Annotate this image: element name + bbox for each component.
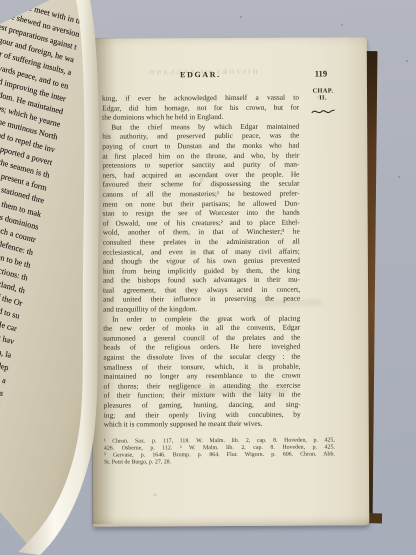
showthrough-smudge bbox=[171, 388, 289, 396]
flourish-squiggle-icon bbox=[303, 103, 343, 121]
right-page-content: HISTORY OF ENGLAND. EDGAR. 119 CHAP. II.… bbox=[91, 37, 370, 526]
body-line: ing; and their openly living with concub… bbox=[104, 409, 301, 420]
chapter-margin-note: CHAP. II. bbox=[303, 87, 343, 121]
body-line: which it is commonly supposed he meant t… bbox=[104, 419, 301, 430]
foxing-spot bbox=[260, 328, 263, 331]
dust-speck bbox=[398, 176, 400, 178]
body-line: king, if ever he acknowledged himself a … bbox=[102, 93, 299, 104]
body-line: and though the vigour of his own genius … bbox=[103, 256, 300, 267]
body-line: consulted these prelates in the administ… bbox=[103, 237, 300, 248]
book-photograph: { "scene": { "description": "photograph … bbox=[0, 0, 416, 555]
foxing-spot bbox=[153, 493, 157, 496]
dust-speck bbox=[406, 60, 408, 62]
showthrough-smudge bbox=[242, 300, 322, 306]
body-line: St. Petri de Burgo, p. 27, 28. bbox=[104, 459, 335, 467]
body-text: king, if ever he acknowledged himself a … bbox=[102, 93, 301, 430]
body-line: canons of all the monasteries;¹ he besto… bbox=[103, 189, 300, 200]
right-page: HISTORY OF ENGLAND. EDGAR. 119 CHAP. II.… bbox=[91, 37, 370, 526]
foxing-spot bbox=[317, 96, 320, 99]
body-line: against the dissolute lives of the secul… bbox=[103, 352, 300, 363]
foxing-spot bbox=[199, 178, 203, 182]
page-number: 119 bbox=[303, 68, 339, 78]
body-line: paying of court to Dunstan and the monks… bbox=[102, 141, 299, 152]
page-edge-curl bbox=[0, 0, 115, 555]
body-line: Edgar, did him homage, not for his crown… bbox=[102, 102, 299, 113]
dust-speck bbox=[240, 16, 242, 18]
chapter-numeral: II. bbox=[303, 95, 343, 102]
dust-speck bbox=[341, 24, 343, 26]
footnotes: ¹ Chron. Sax. p. 117, 118. W. Malm. lib.… bbox=[104, 437, 335, 467]
running-header: EDGAR. bbox=[102, 70, 299, 80]
body-line: pleasures of gaming, hunting, dancing, a… bbox=[104, 400, 301, 411]
